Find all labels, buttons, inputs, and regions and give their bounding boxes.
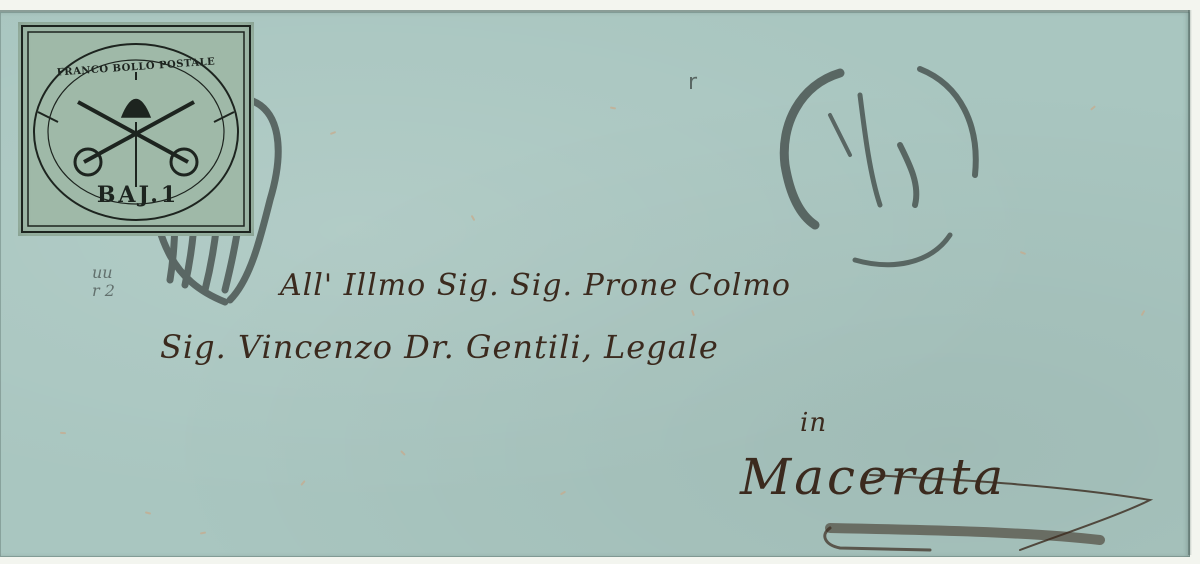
address-line-in: in <box>800 408 827 438</box>
paper-fiber <box>471 215 476 221</box>
pencil-annotation: uu r 2 <box>92 264 115 300</box>
paper-fiber <box>145 511 151 514</box>
pencil-annotation-line1: uu <box>92 264 115 282</box>
pencil-annotation-line2: r 2 <box>92 282 115 300</box>
paper-edge-shadow <box>1188 10 1192 555</box>
paper-fiber <box>1020 251 1026 255</box>
paper-fiber <box>330 131 336 135</box>
paper-fiber <box>400 450 406 456</box>
paper-fiber <box>300 480 305 486</box>
paper-fiber <box>1141 310 1146 316</box>
circular-datestamp-icon <box>770 55 1000 275</box>
postage-stamp: FRANCO BOLLO POSTALE BAJ.1 <box>18 22 254 236</box>
stamp-value: BAJ.1 <box>78 182 198 208</box>
paper-fiber <box>200 531 206 534</box>
paper-fiber <box>691 310 695 316</box>
address-line-recipient: Sig. Vincenzo Dr. Gentili, Legale <box>160 328 719 366</box>
scan-background: FRANCO BOLLO POSTALE BAJ.1 r uu r 2 All'… <box>0 0 1200 564</box>
paper-fiber <box>1090 105 1096 110</box>
paper-fiber <box>60 432 66 435</box>
paper-fiber <box>560 491 566 496</box>
underline-flourish-icon <box>730 440 1160 560</box>
address-line-salutation: All' Illmo Sig. Sig. Prone Colmo <box>280 268 791 303</box>
paper-fiber <box>610 106 616 109</box>
small-postal-mark: r <box>688 70 697 95</box>
